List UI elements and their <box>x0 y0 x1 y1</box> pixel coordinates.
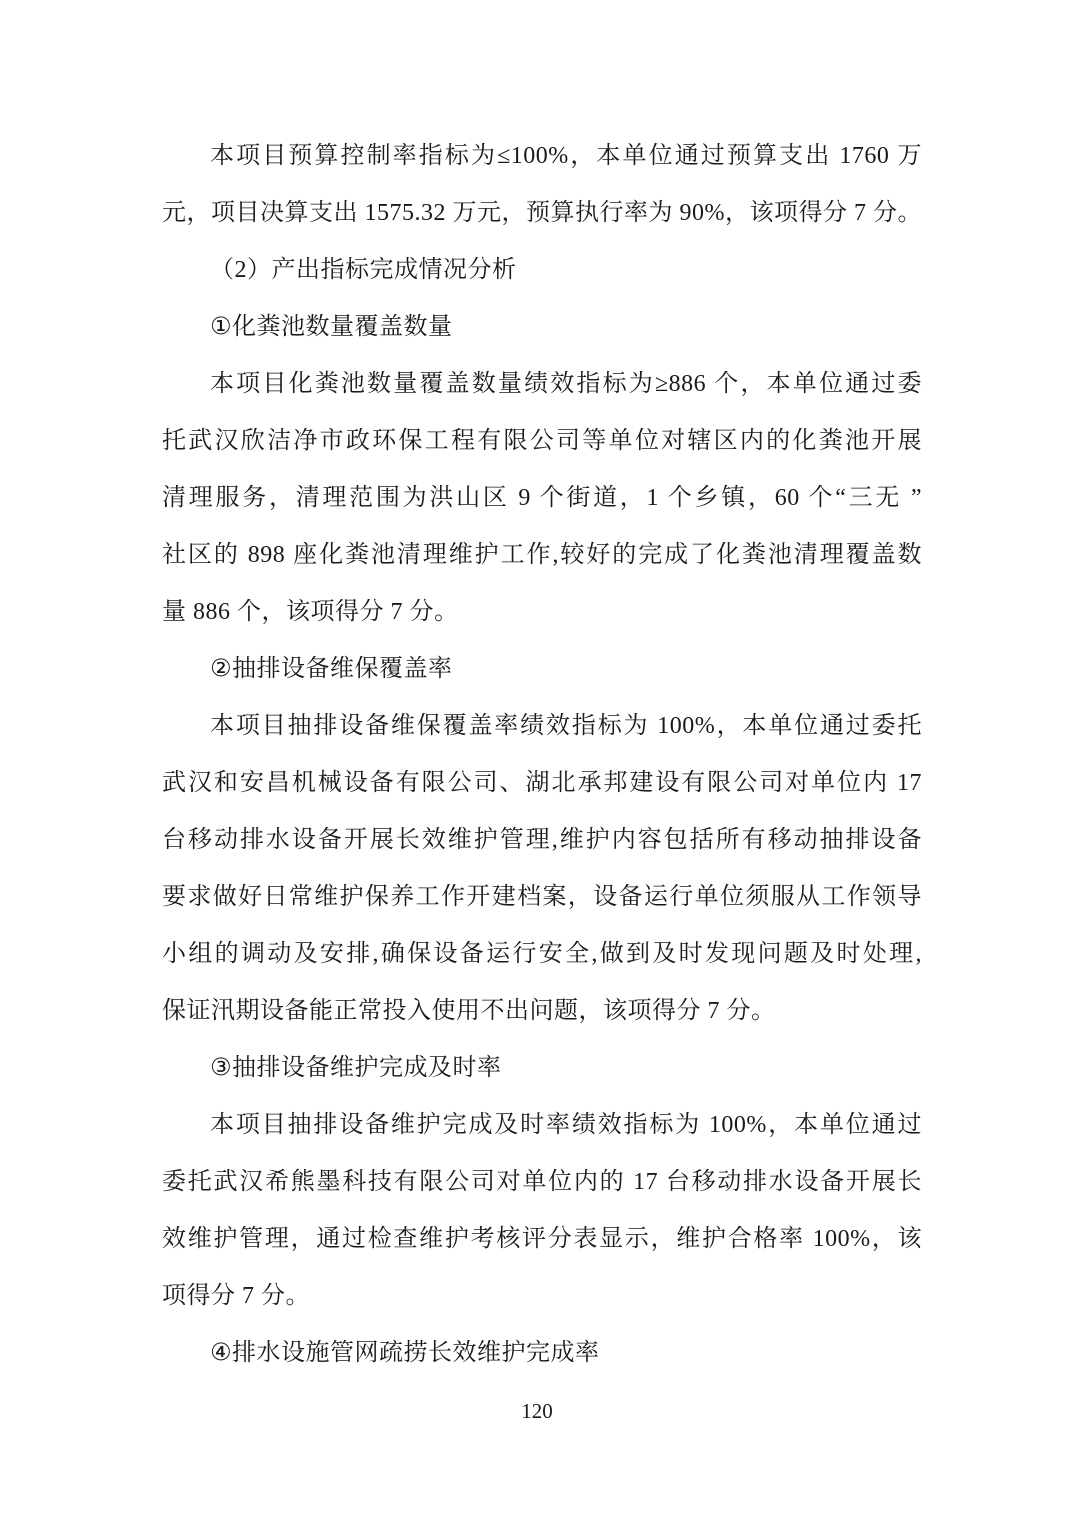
text-line: 小组的调动及安排,确保设备运行安全,做到及时发现问题及时处理, <box>162 926 922 983</box>
text-line: ④排水设施管网疏捞长效维护完成率 <box>162 1325 922 1382</box>
text-line: ②抽排设备维保覆盖率 <box>162 641 922 698</box>
document-page: 本项目预算控制率指标为≤100%，本单位通过预算支出 1760 万元，项目决算支… <box>0 0 1074 1520</box>
text-line: 武汉和安昌机械设备有限公司、湖北承邦建设有限公司对单位内 17 <box>162 755 922 812</box>
para-budget-execution-analysis: 本项目预算控制率指标为≤100%，本单位通过预算支出 1760 万元，项目决算支… <box>162 128 922 242</box>
heading-3-drainage-equipment-maintenance-timeliness: ③抽排设备维护完成及时率 <box>162 1040 922 1097</box>
text-line: 量 886 个，该项得分 7 分。 <box>162 584 922 641</box>
text-line: 本项目化粪池数量覆盖数量绩效指标为≥886 个，本单位通过委 <box>162 356 922 413</box>
heading-output-indicator-analysis: （2）产出指标完成情况分析 <box>162 242 922 299</box>
para-drainage-equipment-maintenance-timeliness-analysis: 本项目抽排设备维护完成及时率绩效指标为 100%，本单位通过委托武汉希熊墨科技有… <box>162 1097 922 1325</box>
text-line: 元，项目决算支出 1575.32 万元，预算执行率为 90%，该项得分 7 分。 <box>162 185 922 242</box>
text-line: 本项目预算控制率指标为≤100%，本单位通过预算支出 1760 万 <box>162 128 922 185</box>
text-line: 要求做好日常维护保养工作开建档案，设备运行单位须服从工作领导 <box>162 869 922 926</box>
heading-1-septic-tank-coverage: ①化粪池数量覆盖数量 <box>162 299 922 356</box>
para-septic-tank-coverage-analysis: 本项目化粪池数量覆盖数量绩效指标为≥886 个，本单位通过委托武汉欣洁净市政环保… <box>162 356 922 641</box>
text-line: 清理服务，清理范围为洪山区 9 个街道，1 个乡镇，60 个“三无 ” <box>162 470 922 527</box>
document-body: 本项目预算控制率指标为≤100%，本单位通过预算支出 1760 万元，项目决算支… <box>162 128 922 1382</box>
text-line: ③抽排设备维护完成及时率 <box>162 1040 922 1097</box>
text-line: （2）产出指标完成情况分析 <box>162 242 922 299</box>
text-line: 项得分 7 分。 <box>162 1268 922 1325</box>
para-drainage-equipment-maintenance-coverage-analysis: 本项目抽排设备维保覆盖率绩效指标为 100%，本单位通过委托武汉和安昌机械设备有… <box>162 698 922 1040</box>
text-line: 社区的 898 座化粪池清理维护工作,较好的完成了化粪池清理覆盖数 <box>162 527 922 584</box>
text-line: 效维护管理，通过检查维护考核评分表显示，维护合格率 100%，该 <box>162 1211 922 1268</box>
heading-2-drainage-equipment-maintenance-coverage: ②抽排设备维保覆盖率 <box>162 641 922 698</box>
heading-4-pipe-network-dredging-completion-rate: ④排水设施管网疏捞长效维护完成率 <box>162 1325 922 1382</box>
text-line: 托武汉欣洁净市政环保工程有限公司等单位对辖区内的化粪池开展 <box>162 413 922 470</box>
text-line: 本项目抽排设备维护完成及时率绩效指标为 100%，本单位通过 <box>162 1097 922 1154</box>
page-number: 120 <box>0 1396 1074 1426</box>
text-line: 保证汛期设备能正常投入使用不出问题，该项得分 7 分。 <box>162 983 922 1040</box>
text-line: 委托武汉希熊墨科技有限公司对单位内的 17 台移动排水设备开展长 <box>162 1154 922 1211</box>
text-line: ①化粪池数量覆盖数量 <box>162 299 922 356</box>
text-line: 本项目抽排设备维保覆盖率绩效指标为 100%，本单位通过委托 <box>162 698 922 755</box>
text-line: 台移动排水设备开展长效维护管理,维护内容包括所有移动抽排设备 <box>162 812 922 869</box>
